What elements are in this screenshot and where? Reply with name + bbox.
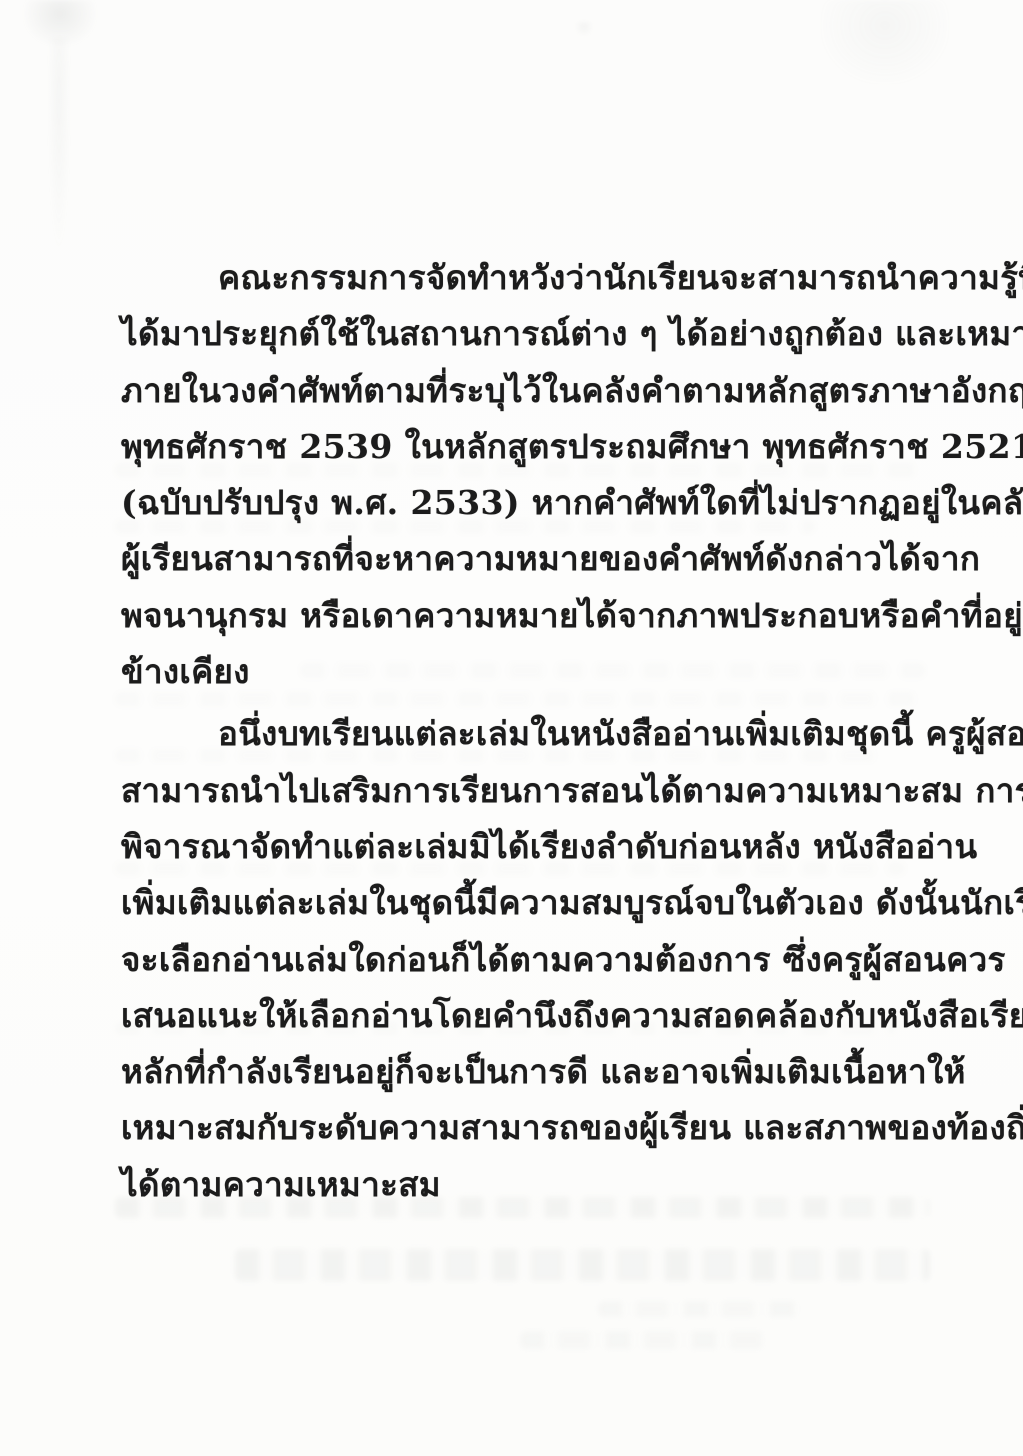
text-line: จะเลือกอ่านเล่มใดก่อนก็ได้ตามความต้องการ… (121, 932, 933, 988)
text-line: ข้างเคียง (121, 644, 933, 700)
text-line: สามารถนำไปเสริมการเรียนการสอนได้ตามความเ… (121, 763, 933, 819)
text-line: คณะกรรมการจัดทำหวังว่านักเรียนจะสามารถนำ… (121, 250, 933, 306)
scanned-page: คณะกรรมการจัดทำหวังว่านักเรียนจะสามารถนำ… (0, 0, 1023, 1456)
text-line: เสนอแนะให้เลือกอ่านโดยคำนึงถึงความสอดคล้… (121, 988, 933, 1044)
body-text: คณะกรรมการจัดทำหวังว่านักเรียนจะสามารถนำ… (121, 250, 933, 1213)
bleedthrough-line (598, 1301, 803, 1317)
text-line: พิจารณาจัดทำแต่ละเล่มมิได้เรียงลำดับก่อน… (121, 819, 933, 875)
text-line: อนึ่งบทเรียนแต่ละเล่มในหนังสืออ่านเพิ่มเ… (121, 706, 933, 762)
text-line: ได้มาประยุกต์ใช้ในสถานการณ์ต่าง ๆ ได้อย่… (121, 306, 933, 362)
text-line: (ฉบับปรับปรุง พ.ศ. 2533) หากคำศัพท์ใดที่… (121, 475, 933, 531)
text-line: ผู้เรียนสามารถที่จะหาความหมายของคำศัพท์ด… (121, 531, 933, 587)
text-line: เพิ่มเติมแต่ละเล่มในชุดนี้มีความสมบูรณ์จ… (121, 875, 933, 931)
bleedthrough-line (520, 1331, 765, 1349)
text-line: ภายในวงคำศัพท์ตามที่ระบุไว้ในคลังคำตามหล… (121, 363, 933, 419)
text-line: พจนานุกรม หรือเดาความหมายได้จากภาพประกอบ… (121, 588, 933, 644)
scan-smudge-top-right (820, 0, 950, 85)
text-line: หลักที่กำลังเรียนอยู่ก็จะเป็นการดี และอา… (121, 1044, 933, 1100)
scan-smudge-left-streak (48, 38, 70, 248)
scan-speck (575, 22, 593, 36)
text-line: ได้ตามความเหมาะสม (121, 1157, 933, 1213)
text-line: เหมาะสมกับระดับความสามารถของผู้เรียน และ… (121, 1100, 933, 1156)
text-line: พุทธศักราช 2539 ในหลักสูตรประถมศึกษา พุท… (121, 419, 933, 475)
bleedthrough-line (235, 1249, 930, 1281)
